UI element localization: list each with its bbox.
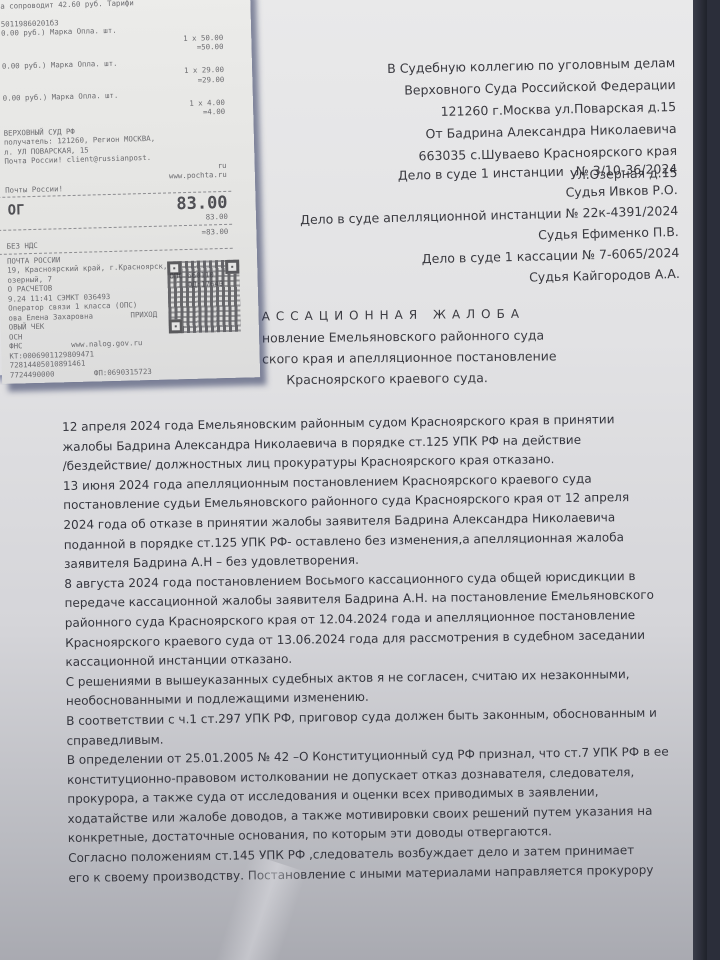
case-value: № 22к-4391/2024 bbox=[565, 203, 678, 221]
receipt-line: а сопроводит 42.60 руб. Тарифи bbox=[0, 0, 250, 11]
prikhod-label: ПРИХОД bbox=[130, 309, 157, 319]
judge-name: Судья Ефименко П.В. bbox=[538, 224, 679, 242]
page-edge bbox=[693, 0, 707, 960]
fp-number: ФП:0690315723 bbox=[94, 366, 152, 377]
judge-name: Судья Ивков Р.О. bbox=[565, 182, 678, 200]
total-label: ОГ bbox=[5, 203, 24, 217]
case-label: Дело в суде 1 кассации bbox=[422, 247, 579, 266]
tax-site: www.nalog.gov.ru bbox=[71, 338, 142, 349]
complaint-body: 12 апреля 2024 года Емельяновским районн… bbox=[62, 409, 707, 888]
case-label: Дело в суде апелляционной инстанции bbox=[300, 206, 562, 227]
complaint-title-block: АССАЦИОННАЯ ЖАЛОБА новление Емельяновско… bbox=[230, 303, 571, 391]
case-value: № 7-6065/2024 bbox=[582, 245, 680, 262]
postal-receipt: а сопроводит 42.60 руб. Тарифи 501198602… bbox=[0, 0, 260, 384]
case-value: № 3/10-36/2024 bbox=[576, 161, 678, 178]
judge-name: Судья Кайгородов А.А. bbox=[529, 266, 680, 285]
case-info-block: Дело в суде 1 инстанции№ 3/10-36/2024 Су… bbox=[217, 158, 680, 295]
subtitle-line: Красноярского краевого суда. bbox=[286, 366, 570, 390]
subtitle-line: ского края и апелляционное постановление bbox=[262, 345, 570, 369]
case-label: Дело в суде 1 инстанции bbox=[398, 164, 564, 183]
qr-code-icon bbox=[167, 260, 241, 334]
